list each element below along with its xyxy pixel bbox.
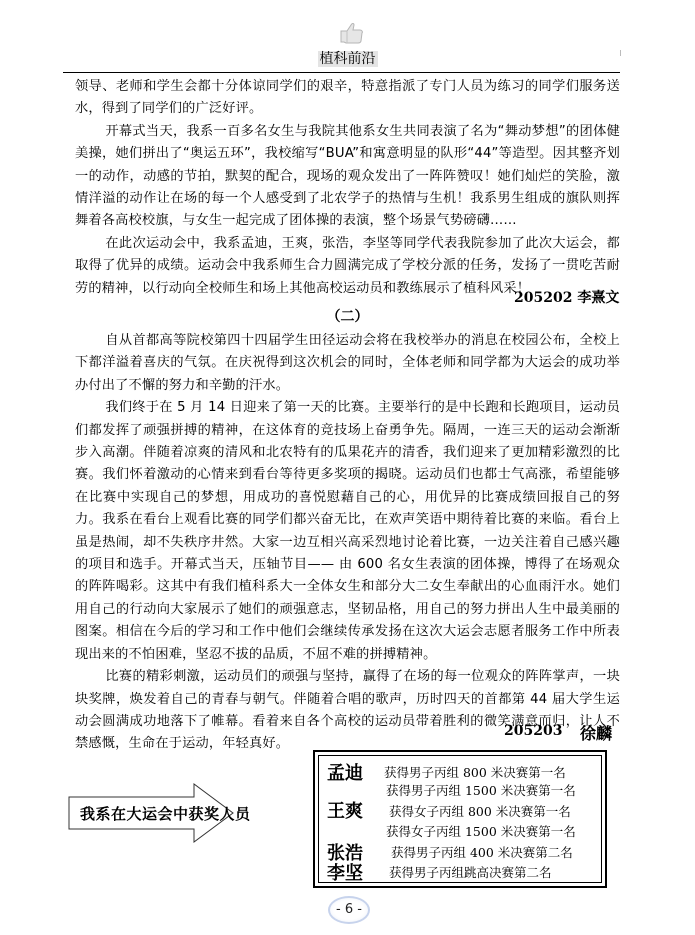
article-2-paragraph: 我们终于在 5 月 14 日迎来了第一天的比赛。主要举行的是中长跑和长跑项目，运… (75, 397, 620, 666)
arrow-callout-label: 我系在大运会中获奖人员 (80, 803, 251, 824)
article-1-paragraph: 开幕式当天，我系一百多名女生与我院其他系女生共同表演了名为“舞动梦想”的团体健美… (75, 121, 620, 233)
article-2-body: 自从首都高等院校第四十四届学生田径运动会将在我校举办的消息在校园公布，全校上下都… (75, 330, 620, 756)
winner-award: 获得男子丙组 400 米决赛第二名 (391, 843, 573, 861)
winner-award: 获得男子丙组 800 米决赛第一名 (384, 763, 566, 781)
article-2-signature-id: 205203 (504, 723, 562, 739)
header-divider (63, 72, 620, 73)
winner-award: 获得男子丙组跳高决赛第二名 (389, 863, 552, 881)
margin-mark (620, 50, 621, 56)
winner-name: 孟迪 (327, 759, 363, 785)
winner-name: 李坚 (327, 859, 363, 885)
article-1-body: 领导、老师和学生会都十分体谅同学们的艰辛，特意指派了专门人员为练习的同学们服务送… (75, 76, 620, 300)
winner-award: 获得女子丙组 1500 米决赛第一名 (386, 822, 576, 840)
article-2-paragraph: 自从首都高等院校第四十四届学生田径运动会将在我校举办的消息在校园公布，全校上下都… (75, 330, 620, 397)
winner-name: 王爽 (327, 797, 363, 823)
article-2-signature-name: 徐麟 (580, 721, 612, 744)
article-1-paragraph: 领导、老师和学生会都十分体谅同学们的艰辛，特意指派了专门人员为练习的同学们服务送… (75, 76, 620, 121)
article-2-paragraph: 比赛的精彩刺激，运动员们的顽强与坚持，赢得了在场的每一位观众的阵阵掌声，一块块奖… (75, 666, 620, 756)
article-1-signature: 205202 李熹文 (514, 287, 619, 307)
section-title: （二） (0, 306, 695, 326)
winner-award: 获得男子丙组 1500 米决赛第一名 (386, 781, 576, 799)
page-header-title: 植科前沿 (0, 50, 695, 68)
page-number: - 6 - (328, 896, 370, 924)
winner-award: 获得女子丙组 800 米决赛第一名 (389, 802, 571, 820)
thumbs-up-icon (338, 22, 364, 44)
